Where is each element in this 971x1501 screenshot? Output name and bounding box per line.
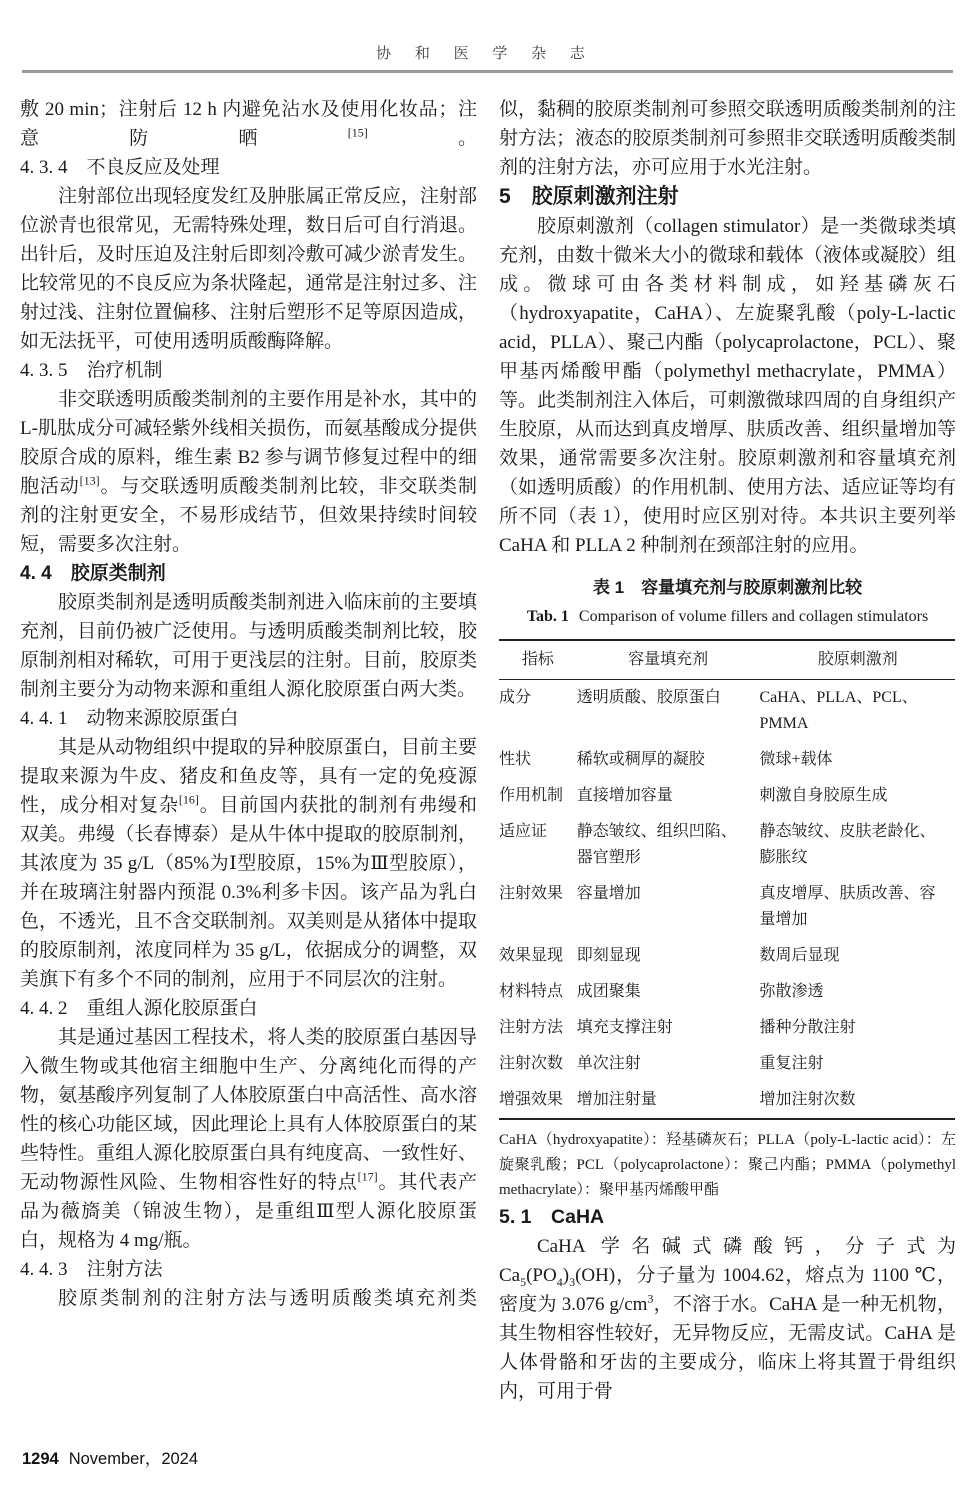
section-heading-4-4-3: 4. 4. 3 注射方法 [20, 1255, 477, 1284]
table-cell: 注射次数 [499, 1046, 577, 1082]
paragraph-continued-right: 似，黏稠的胶原类制剂可参照交联透明质酸类制剂的注射方法；液态的胶原类制剂可参照非… [499, 95, 955, 182]
table-row: 性状 稀软或稠厚的凝胶 微球+载体 [499, 742, 955, 778]
table-row: 成分 透明质酸、胶原蛋白 CaHA、PLLA、PCL、PMMA [499, 680, 955, 743]
table-cell: 适应证 [499, 814, 577, 876]
table-cell: 即刻显现 [577, 938, 760, 974]
table-row: 注射效果 容量增加 真皮增厚、肤质改善、容量增加 [499, 876, 955, 938]
paragraph-continued: 敷 20 min；注射后 12 h 内避免沾水及使用化妆品；注意防晒[15]。 [20, 95, 477, 153]
table-cell: 播种分散注射 [759, 1010, 955, 1046]
table-row: 注射次数 单次注射 重复注射 [499, 1046, 955, 1082]
paragraph-injection-method: 胶原类制剂的注射方法与透明质酸类填充剂类 [20, 1284, 477, 1313]
table-cell: 透明质酸、胶原蛋白 [577, 680, 760, 743]
column-header-collagen-stimulator: 胶原刺激剂 [759, 640, 955, 680]
section-heading-4-4: 4. 4 胶原类制剂 [20, 559, 477, 588]
table-cell: 注射方法 [499, 1010, 577, 1046]
table-row: 适应证 静态皱纹、组织凹陷、器官塑形 静态皱纹、皮肤老龄化、膨胀纹 [499, 814, 955, 876]
section-heading-4-4-2: 4. 4. 2 重组人源化胶原蛋白 [20, 994, 477, 1023]
table-cell: 增强效果 [499, 1082, 577, 1119]
table-row: 注射方法 填充支撑注射 播种分散注射 [499, 1010, 955, 1046]
page-number: 1294 [22, 1450, 59, 1468]
table-cell: 重复注射 [759, 1046, 955, 1082]
section-heading-4-4-1: 4. 4. 1 动物来源胶原蛋白 [20, 704, 477, 733]
table-cell: 容量增加 [577, 876, 760, 938]
header-rule [22, 70, 953, 73]
table-cell: 数周后显现 [759, 938, 955, 974]
left-column: 敷 20 min；注射后 12 h 内避免沾水及使用化妆品；注意防晒[15]。 … [20, 95, 477, 1431]
paragraph-animal-collagen: 其是从动物组织中提取的异种胶原蛋白，目前主要提取来源为牛皮、猪皮和鱼皮等，具有一… [20, 733, 477, 994]
table-cell: 稀软或稠厚的凝胶 [577, 742, 760, 778]
journal-title: 协 和 医 学 杂 志 [0, 42, 971, 63]
table-title-zh: 表 1 容量填充剂与胶原刺激剂比较 [499, 576, 955, 600]
table-cell: 增加注射次数 [759, 1082, 955, 1119]
table-cell: 单次注射 [577, 1046, 760, 1082]
table-title-en: Tab. 1Comparison of volume fillers and c… [499, 605, 955, 629]
table-cell: 刺激自身胶原生成 [759, 778, 955, 814]
table-cell: 静态皱纹、皮肤老龄化、膨胀纹 [759, 814, 955, 876]
issue-date: November，2024 [69, 1450, 198, 1468]
table-header-row: 指标 容量填充剂 胶原刺激剂 [499, 640, 955, 680]
table-label-en: Tab. 1 [527, 608, 569, 625]
paragraph-collagen-intro: 胶原类制剂是透明质酸类制剂进入临床前的主要填充剂，目前仍被广泛使用。与透明质酸类… [20, 588, 477, 704]
column-header-indicator: 指标 [499, 640, 577, 680]
table-cell: CaHA、PLLA、PCL、PMMA [759, 680, 955, 743]
table-cell: 微球+载体 [759, 742, 955, 778]
table-cell: 填充支撑注射 [577, 1010, 760, 1046]
table-caption-en: Comparison of volume fillers and collage… [579, 608, 928, 625]
table-cell: 成分 [499, 680, 577, 743]
right-column: 似，黏稠的胶原类制剂可参照交联透明质酸类制剂的注射方法；液态的胶原类制剂可参照非… [499, 95, 955, 1431]
table-cell: 成团聚集 [577, 974, 760, 1010]
section-heading-4-3-5: 4. 3. 5 治疗机制 [20, 356, 477, 385]
paragraph-recombinant-collagen: 其是通过基因工程技术，将人类的胶原蛋白基因导入微生物或其他宿主细胞中生产、分离纯… [20, 1023, 477, 1255]
paragraph-treatment-mechanism: 非交联透明质酸类制剂的主要作用是补水，其中的 L-肌肽成分可减轻紫外线相关损伤，… [20, 385, 477, 559]
table-cell: 真皮增厚、肤质改善、容量增加 [759, 876, 955, 938]
section-heading-5-1: 5. 1 CaHA [499, 1203, 955, 1232]
column-header-volume-filler: 容量填充剂 [577, 640, 760, 680]
paragraph-caha: CaHA 学名碱式磷酸钙，分子式为 Ca5(PO4)3(OH)，分子量为 100… [499, 1232, 955, 1406]
paragraph-adverse-reactions: 注射部位出现轻度发红及肿胀属正常反应，注射部位淤青也很常见，无需特殊处理，数日后… [20, 182, 477, 356]
table-cell: 弥散渗透 [759, 974, 955, 1010]
table-cell: 材料特点 [499, 974, 577, 1010]
table-cell: 静态皱纹、组织凹陷、器官塑形 [577, 814, 760, 876]
table-row: 材料特点 成团聚集 弥散渗透 [499, 974, 955, 1010]
table-cell: 直接增加容量 [577, 778, 760, 814]
table-cell: 注射效果 [499, 876, 577, 938]
table-1-block: 表 1 容量填充剂与胶原刺激剂比较 Tab. 1Comparison of vo… [499, 576, 955, 1203]
journal-page: 协 和 医 学 杂 志 敷 20 min；注射后 12 h 内避免沾水及使用化妆… [0, 0, 971, 1501]
table-cell: 性状 [499, 742, 577, 778]
table-row: 增强效果 增加注射量 增加注射次数 [499, 1082, 955, 1119]
table-row: 效果显现 即刻显现 数周后显现 [499, 938, 955, 974]
comparison-table: 指标 容量填充剂 胶原刺激剂 成分 透明质酸、胶原蛋白 CaHA、PLLA、PC… [499, 639, 955, 1120]
table-cell: 作用机制 [499, 778, 577, 814]
page-footer: 1294November，2024 [22, 1445, 198, 1469]
table-footnote: CaHA（hydroxyapatite）：羟基磷灰石；PLLA（poly-L-l… [499, 1128, 955, 1203]
two-column-body: 敷 20 min；注射后 12 h 内避免沾水及使用化妆品；注意防晒[15]。 … [20, 95, 955, 1431]
section-heading-4-3-4: 4. 3. 4 不良反应及处理 [20, 153, 477, 182]
table-cell: 增加注射量 [577, 1082, 760, 1119]
section-heading-5: 5 胶原刺激剂注射 [499, 182, 955, 212]
table-row: 作用机制 直接增加容量 刺激自身胶原生成 [499, 778, 955, 814]
paragraph-collagen-stimulator: 胶原刺激剂（collagen stimulator）是一类微球类填充剂，由数十微… [499, 212, 955, 560]
table-cell: 效果显现 [499, 938, 577, 974]
